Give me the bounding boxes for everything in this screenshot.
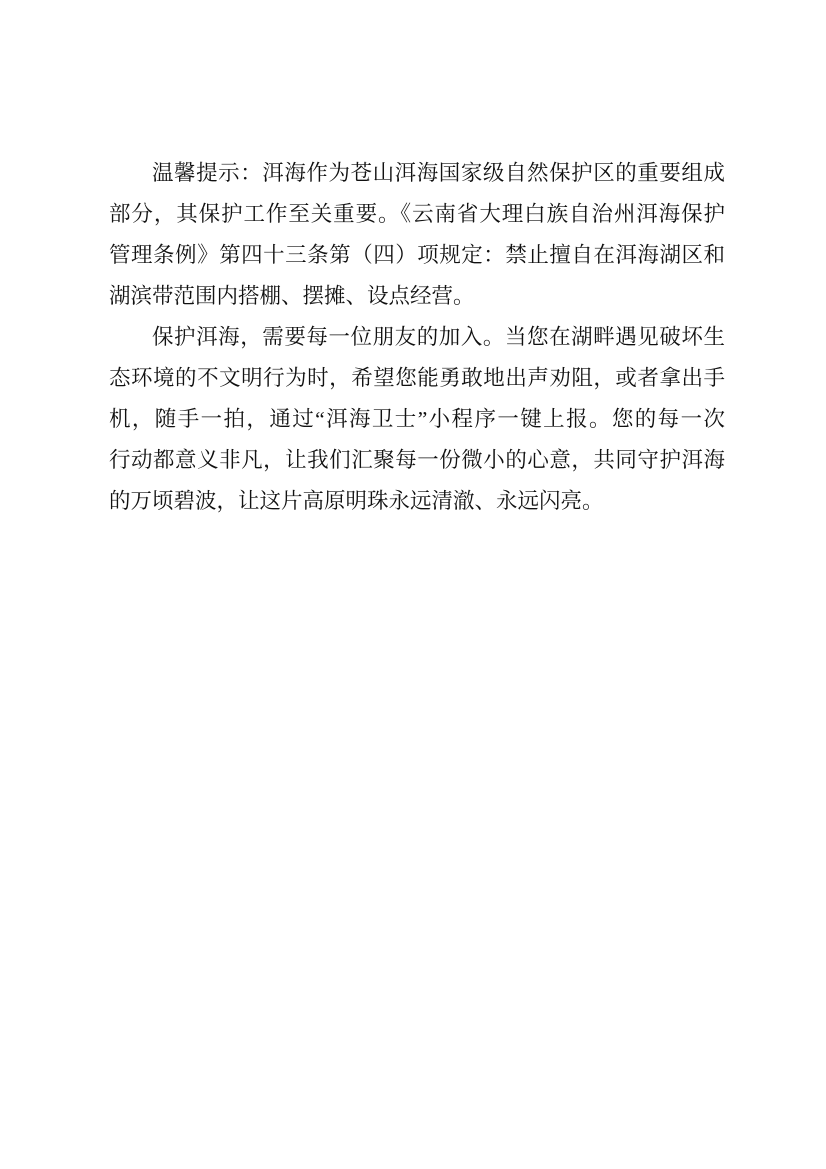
text-line: 部分，其保护工作至关重要。《云南省大理白族自治州洱海保护 (109, 194, 725, 235)
text-line: 保护洱海，需要每一位朋友的加入。当您在湖畔遇见破坏生 (109, 317, 725, 358)
text-line: 湖滨带范围内搭棚、摆摊、设点经营。 (109, 276, 725, 317)
text-line: 行动都意义非凡，让我们汇聚每一份微小的心意，共同守护洱海 (109, 440, 725, 481)
document-body-text: 温馨提示：洱海作为苍山洱海国家级自然保护区的重要组成 部分，其保护工作至关重要。… (109, 153, 725, 522)
text-line: 温馨提示：洱海作为苍山洱海国家级自然保护区的重要组成 (109, 153, 725, 194)
paragraph-notice: 温馨提示：洱海作为苍山洱海国家级自然保护区的重要组成 部分，其保护工作至关重要。… (109, 153, 725, 317)
text-line: 的万顷碧波，让这片高原明珠永远清澈、永远闪亮。 (109, 481, 725, 522)
paragraph-appeal: 保护洱海，需要每一位朋友的加入。当您在湖畔遇见破坏生 态环境的不文明行为时，希望… (109, 317, 725, 522)
text-line: 机，随手一拍，通过“洱海卫士”小程序一键上报。您的每一次 (109, 399, 725, 440)
document-page: 温馨提示：洱海作为苍山洱海国家级自然保护区的重要组成 部分，其保护工作至关重要。… (0, 0, 826, 1169)
text-line: 管理条例》第四十三条第（四）项规定：禁止擅自在洱海湖区和 (109, 235, 725, 276)
text-line: 态环境的不文明行为时，希望您能勇敢地出声劝阻，或者拿出手 (109, 358, 725, 399)
